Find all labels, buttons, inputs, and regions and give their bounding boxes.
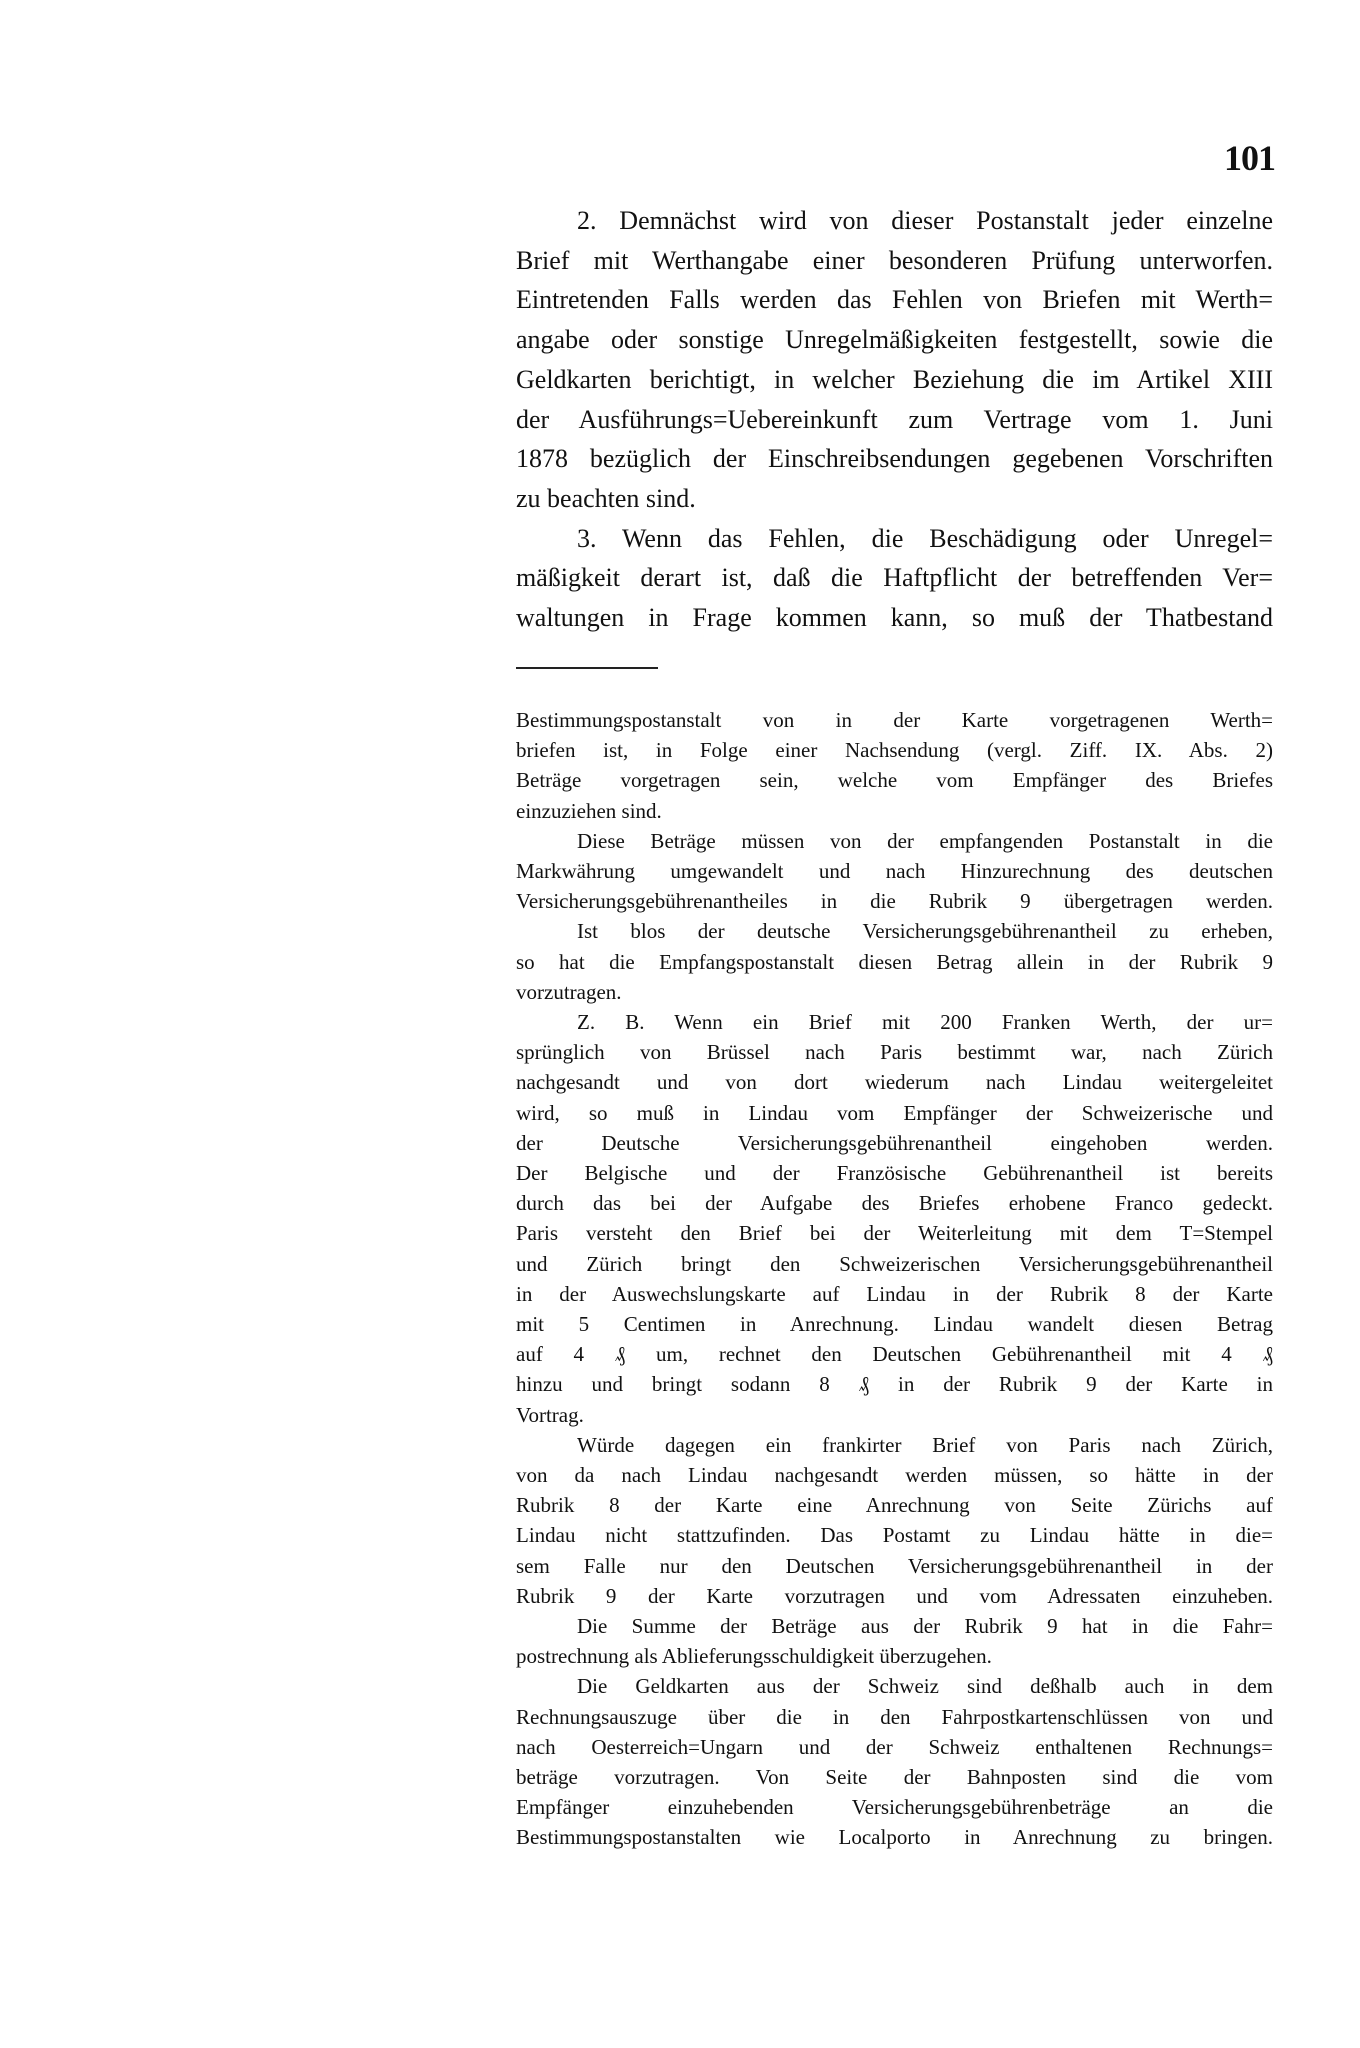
footnote-line: der Deutsche Versicherungsgebührenanthei…	[516, 1128, 1273, 1158]
footnote-line: Z. B. Wenn ein Brief mit 200 Franken Wer…	[516, 1007, 1273, 1037]
footnote-line: durch das bei der Aufgabe des Briefes er…	[516, 1188, 1273, 1218]
footnote-line: mit 5 Centimen in Anrechnung. Lindau wan…	[516, 1309, 1273, 1339]
footnote-line: briefen ist, in Folge einer Nachsendung …	[516, 735, 1273, 765]
footnote-line: Versicherungsgebührenantheiles in die Ru…	[516, 886, 1273, 916]
footnote-line: Die Geldkarten aus der Schweiz sind deßh…	[516, 1671, 1273, 1701]
main-p2-line-2: Brief mit Werthangabe einer besonderen P…	[516, 241, 1273, 281]
footnote-line: Rubrik 9 der Karte vorzutragen und vom A…	[516, 1581, 1273, 1611]
footnote-line: einzuziehen sind.	[516, 796, 1273, 826]
footnote-line: wird, so muß in Lindau vom Empfänger der…	[516, 1098, 1273, 1128]
main-p2-line-3: Eintretenden Falls werden das Fehlen von…	[516, 280, 1273, 320]
footnote-line: Empfänger einzuhebenden Versicherungsgeb…	[516, 1792, 1273, 1822]
main-p2-line-1: 2. Demnächst wird von dieser Postanstalt…	[516, 201, 1273, 241]
footnote-line: Lindau nicht stattzufinden. Das Postamt …	[516, 1520, 1273, 1550]
footnote-line: sem Falle nur den Deutschen Versicherung…	[516, 1551, 1273, 1581]
footnote-line: nachgesandt und von dort wiederum nach L…	[516, 1067, 1273, 1097]
book-page: 101 2. Demnächst wird von dieser Postans…	[0, 0, 1360, 2048]
footnote-line: sprünglich von Brüssel nach Paris bestim…	[516, 1037, 1273, 1067]
footnote-line: Rechnungsauszuge über die in den Fahrpos…	[516, 1702, 1273, 1732]
footnote-line: Rubrik 8 der Karte eine Anrechnung von S…	[516, 1490, 1273, 1520]
footnote-line: Die Summe der Beträge aus der Rubrik 9 h…	[516, 1611, 1273, 1641]
footnote-line: Markwährung umgewandelt und nach Hinzure…	[516, 856, 1273, 886]
footnote-line: vorzutragen.	[516, 977, 1273, 1007]
footnote-line: Der Belgische und der Französische Gebüh…	[516, 1158, 1273, 1188]
footnote-line: Vortrag.	[516, 1400, 1273, 1430]
main-p3-line-2: mäßigkeit derart ist, daß die Haftpflich…	[516, 558, 1273, 598]
footnote-line: Paris versteht den Brief bei der Weiterl…	[516, 1218, 1273, 1248]
main-p2-line-8: zu beachten sind.	[516, 479, 1273, 519]
footnote-line: auf 4 ₰ um, rechnet den Deutschen Gebühr…	[516, 1339, 1273, 1369]
main-p2-line-7: 1878 bezüglich der Einschreibsendungen g…	[516, 439, 1273, 479]
footnote-line: Beträge vorgetragen sein, welche vom Emp…	[516, 765, 1273, 795]
page-number: 101	[1215, 138, 1275, 178]
footnote-line: Bestimmungspostanstalten wie Localporto …	[516, 1822, 1273, 1852]
footnote-line: Diese Beträge müssen von der empfangende…	[516, 826, 1273, 856]
main-p3-line-1: 3. Wenn das Fehlen, die Beschädigung ode…	[516, 519, 1273, 559]
main-p2-line-4: angabe oder sonstige Unregelmäßigkeiten …	[516, 320, 1273, 360]
footnote-line: postrechnung als Ablieferungsschuldigkei…	[516, 1641, 1273, 1671]
main-p2-line-5: Geldkarten berichtigt, in welcher Bezieh…	[516, 360, 1273, 400]
footnote-line: von da nach Lindau nachgesandt werden mü…	[516, 1460, 1273, 1490]
footnote-line: nach Oesterreich=Ungarn und der Schweiz …	[516, 1732, 1273, 1762]
main-p2-line-6: der Ausführungs=Uebereinkunft zum Vertra…	[516, 400, 1273, 440]
footnote-line: Ist blos der deutsche Versicherungsgebüh…	[516, 916, 1273, 946]
footnote-line: so hat die Empfangspostanstalt diesen Be…	[516, 947, 1273, 977]
footnote-line: Bestimmungspostanstalt von in der Karte …	[516, 705, 1273, 735]
footnote-line: und Zürich bringt den Schweizerischen Ve…	[516, 1249, 1273, 1279]
main-p3-line-3: waltungen in Frage kommen kann, so muß d…	[516, 598, 1273, 638]
footnote-line: in der Auswechslungskarte auf Lindau in …	[516, 1279, 1273, 1309]
footnote-separator	[516, 667, 658, 669]
footnote-line: hinzu und bringt sodann 8 ₰ in der Rubri…	[516, 1369, 1273, 1399]
footnote-line: Würde dagegen ein frankirter Brief von P…	[516, 1430, 1273, 1460]
footnote-line: beträge vorzutragen. Von Seite der Bahnp…	[516, 1762, 1273, 1792]
